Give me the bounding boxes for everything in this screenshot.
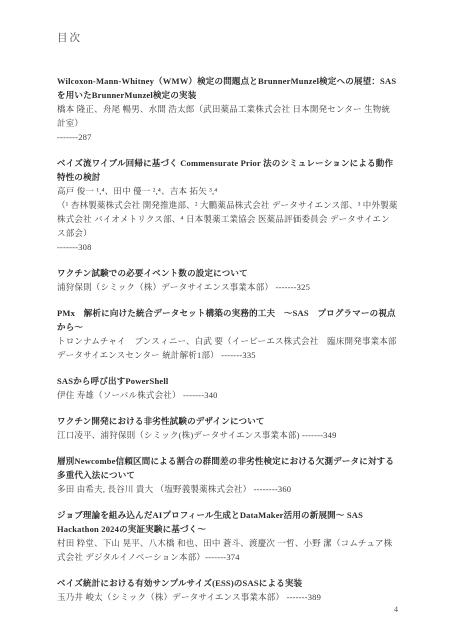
toc-content: 目次 Wilcoxon-Mann-Whitney（WMW）検定の問題点とBrun… <box>57 30 398 616</box>
entry-authors: トロンナムチャイ ブンスィニー、白武 要（イーピーエス株式会社 臨床開発事業本部… <box>57 334 398 362</box>
entry-title: ワクチン試験での必要イベント数の設定について <box>57 266 398 280</box>
entry-authors: 高戸 俊一 ¹,⁴、田中 優一 ²,⁴、吉本 拓矢 ³,⁴ <box>57 184 398 198</box>
entry-page-ref: -------287 <box>57 130 398 144</box>
entry-title: 層別Newcombe信頼区間による割合の群間差の非劣性検定における欠測データに対… <box>57 454 398 482</box>
page-title: 目次 <box>57 30 398 45</box>
entry-authors: 江口凌平、浦狩保則（シミック(株)データサイエンス事業本部) -------34… <box>57 428 398 442</box>
entry-authors: 村田 粋堂、下山 晃平、八木橋 和也、田中 蒼斗、渡慶次 一哲、小野 潔（コムチ… <box>57 536 398 564</box>
toc-entry: 層別Newcombe信頼区間による割合の群間差の非劣性検定における欠測データに対… <box>57 454 398 496</box>
toc-entry: ワクチン開発における非劣性試験のデザインについて 江口凌平、浦狩保則（シミック(… <box>57 414 398 442</box>
toc-entry: Wilcoxon-Mann-Whitney（WMW）検定の問題点とBrunner… <box>57 74 398 144</box>
entry-affiliations: （¹ 杏林製薬株式会社 開発推進部、² 大鵬薬品株式会社 データサイエンス部、³… <box>57 198 398 240</box>
entry-title: SASから呼び出すPowerShell <box>57 374 398 388</box>
entry-title: ベイズ流ワイブル回帰に基づく Commensurate Prior 法のシミュレ… <box>57 156 398 184</box>
entry-authors: 多田 由希夫, 長谷川 貴大 （塩野義製薬株式会社） --------360 <box>57 482 398 496</box>
entry-authors: 伊住 寿雄（ソーバル株式会社） -------340 <box>57 388 398 402</box>
entry-title: ジョブ理論を組み込んだAIプロフィール生成とDataMaker活用の新展開～ S… <box>57 508 398 536</box>
entry-title: Wilcoxon-Mann-Whitney（WMW）検定の問題点とBrunner… <box>57 74 398 102</box>
toc-page: 目次 Wilcoxon-Mann-Whitney（WMW）検定の問題点とBrun… <box>0 0 453 640</box>
entry-title: ワクチン開発における非劣性試験のデザインについて <box>57 414 398 428</box>
toc-entry: ベイズ流ワイブル回帰に基づく Commensurate Prior 法のシミュレ… <box>57 156 398 254</box>
toc-entry: ワクチン試験での必要イベント数の設定について 浦狩保則（シミック（株）データサイ… <box>57 266 398 294</box>
page-number: 4 <box>394 605 398 614</box>
entry-authors: 橋本 隆正、舟尾 暢男、水間 浩太郎（武田薬品工業株式会社 日本開発センター 生… <box>57 102 398 130</box>
entry-authors: 浦狩保則（シミック（株）データサイエンス事業本部） -------325 <box>57 280 398 294</box>
entry-title: PMx 解析に向けた統合データセット構築の実務的工夫 ～SAS プログラマーの視… <box>57 306 398 334</box>
toc-entry: SASから呼び出すPowerShell 伊住 寿雄（ソーバル株式会社） ----… <box>57 374 398 402</box>
toc-entry: PMx 解析に向けた統合データセット構築の実務的工夫 ～SAS プログラマーの視… <box>57 306 398 362</box>
toc-entry: ジョブ理論を組み込んだAIプロフィール生成とDataMaker活用の新展開～ S… <box>57 508 398 564</box>
entry-authors: 玉乃井 峻太（シミック（株）データサイエンス事業本部） -------389 <box>57 590 398 604</box>
entry-page-ref: -------308 <box>57 240 398 254</box>
entry-title: ベイズ統計における有効サンプルサイズ(ESS)のSASによる実装 <box>57 576 398 590</box>
toc-entry: ベイズ統計における有効サンプルサイズ(ESS)のSASによる実装 玉乃井 峻太（… <box>57 576 398 604</box>
